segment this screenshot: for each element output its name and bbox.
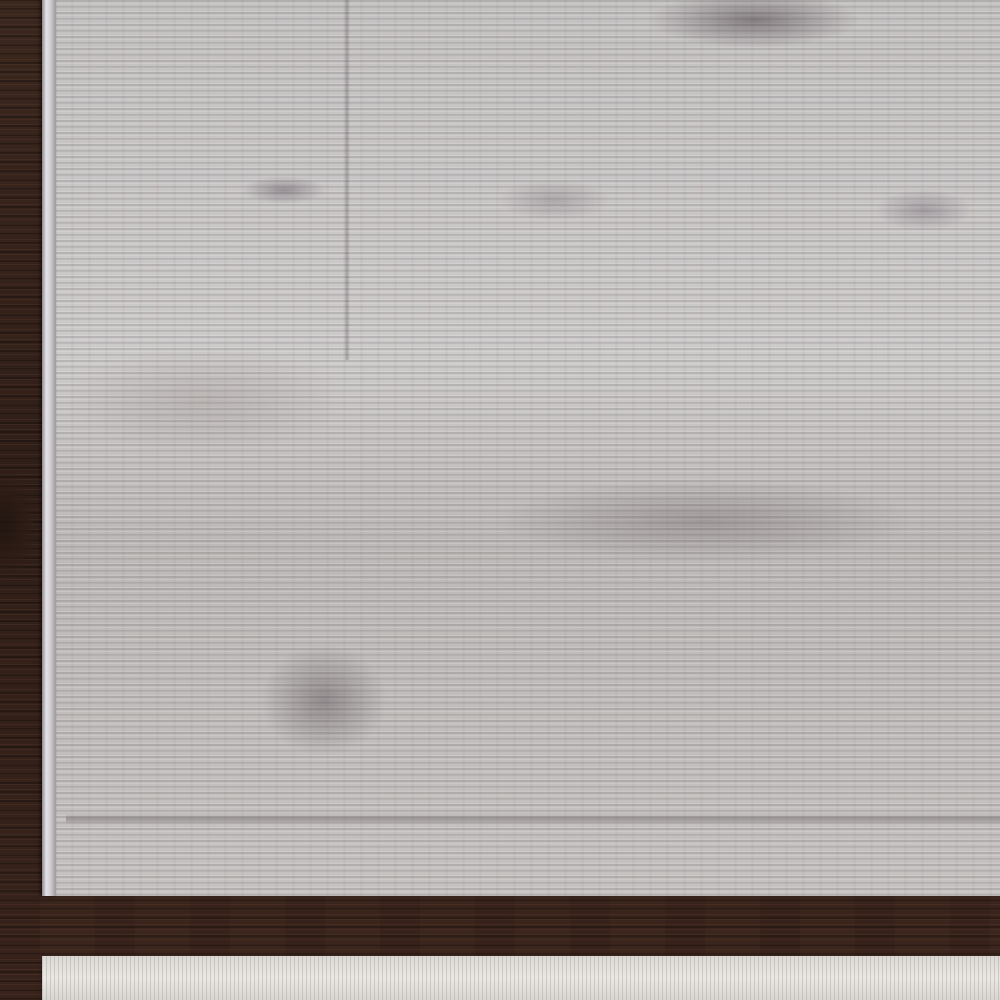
rug (42, 0, 1000, 956)
rug-border-line-horizontal (66, 814, 1000, 824)
rug-side-binding (42, 0, 56, 896)
rug-fringe (42, 956, 1000, 1000)
rug-border-line-vertical (344, 0, 350, 360)
rug-field (54, 0, 1000, 896)
wood-knot (0, 470, 40, 580)
